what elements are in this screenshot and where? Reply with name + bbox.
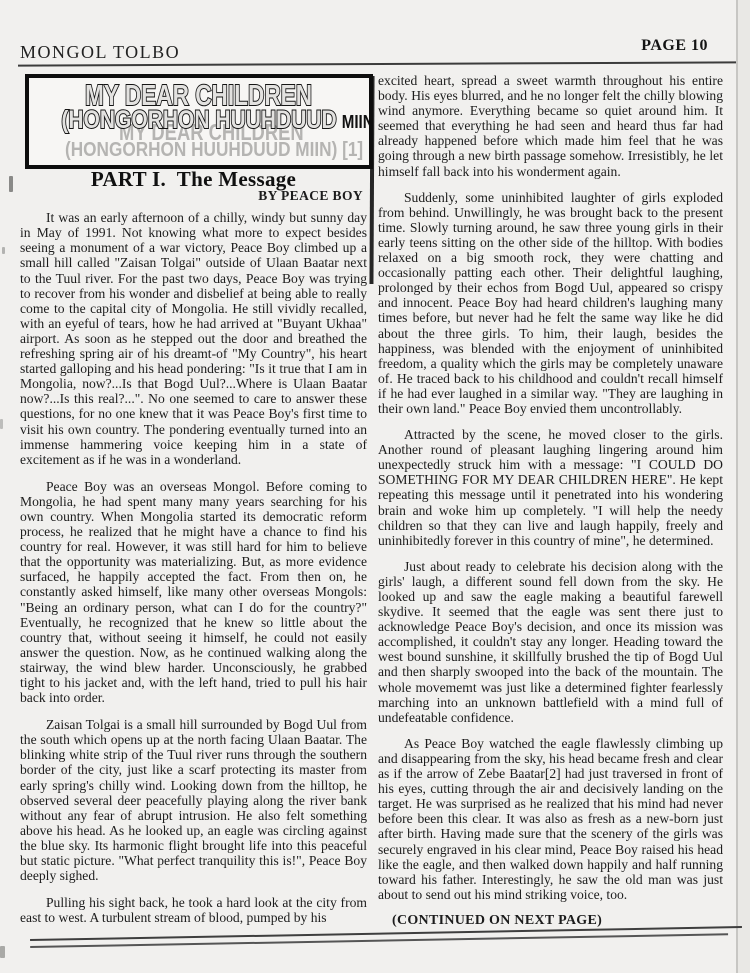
publication-title: MONGOL TOLBO xyxy=(20,42,180,63)
body-paragraph: Zaisan Tolgai is a small hill surrounded… xyxy=(20,717,367,883)
body-paragraph: Pulling his sight back, he took a hard l… xyxy=(20,895,367,925)
body-paragraph: Peace Boy was an overseas Mongol. Before… xyxy=(20,479,367,705)
scan-speck xyxy=(0,946,5,958)
left-column: PART I. The Message BY PEACE BOY It was … xyxy=(20,172,367,937)
body-paragraph: As Peace Boy watched the eagle flawlessl… xyxy=(378,736,723,902)
article-title-line2-text: (HONGORHON HUUHDUUD xyxy=(61,106,336,134)
scanned-newsletter-page: MONGOL TOLBO PAGE 10 MY DEAR CHILDREN (H… xyxy=(0,0,750,973)
body-paragraph: It was an early afternoon of a chilly, w… xyxy=(20,210,367,467)
scan-speck xyxy=(2,247,5,254)
article-title-line2: (HONGORHON HUUHDUUDMIIN) [1] xyxy=(29,106,369,135)
article-title-line2-suffix: MIIN) [1] xyxy=(342,112,369,132)
body-paragraph: Attracted by the scene, he moved closer … xyxy=(378,427,723,548)
article-title-box-inner: MY DEAR CHILDREN (HONGORHON HUUHDUUDMIIN… xyxy=(29,78,369,165)
body-paragraph: Suddenly, some uninhibited laughter of g… xyxy=(378,190,723,416)
continuation-note: (CONTINUED ON NEXT PAGE) xyxy=(378,913,723,928)
section-heading: PART I. The Message xyxy=(20,172,367,187)
scan-speck xyxy=(9,176,13,192)
body-paragraph: Just about ready to celebrate his decisi… xyxy=(378,559,723,725)
scan-page-edge xyxy=(736,0,750,973)
body-paragraph: excited heart, spread a sweet warmth thr… xyxy=(378,73,723,179)
article-title-ghost-line2: (HONGORHON HUUHDUUD MIIN) [1] xyxy=(65,139,363,162)
page-number-label: PAGE 10 xyxy=(641,37,708,55)
article-title-box: MY DEAR CHILDREN (HONGORHON HUUHDUUDMIIN… xyxy=(25,74,373,169)
right-column: excited heart, spread a sweet warmth thr… xyxy=(378,73,723,928)
scan-speck xyxy=(0,419,3,429)
